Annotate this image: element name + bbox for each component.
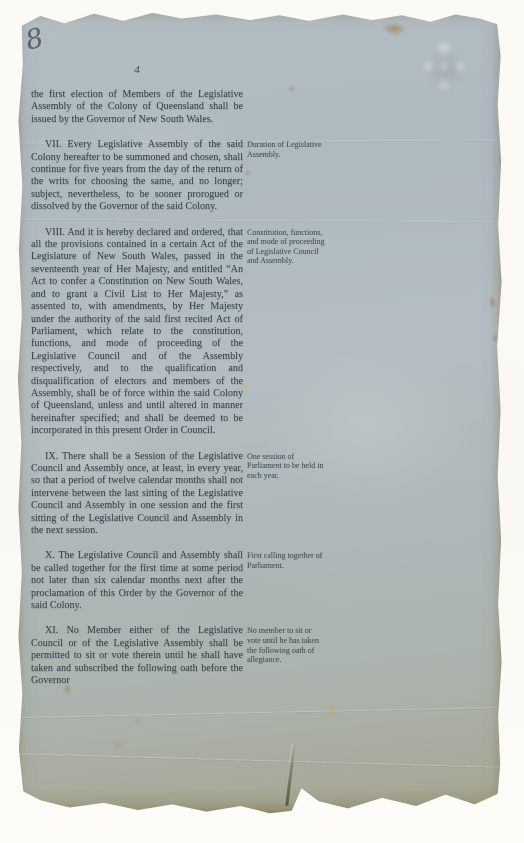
paragraph-row: IX. There shall be a Session of the Legi… [31,451,331,538]
scan-background: 8 4 the first election of Members of the… [0,0,524,843]
margin-note: First calling together of Parliament. [247,550,327,570]
body-paragraph-continuation: the first election of Members of the Leg… [31,89,243,126]
margin-note: One session of Parliament to be held in … [247,451,327,481]
margin-note: Constitution, functions, and mode of pro… [247,227,327,266]
paragraph-row: VIII. And it is hereby declared and orde… [31,227,331,438]
margin-note: No member to sit or vote until he has ta… [247,625,327,664]
paper-crease [16,753,504,771]
paragraph-row: X. The Legislative Council and Assembly … [31,550,331,612]
paragraph-row: XI. No Member either of the Legislative … [31,625,331,687]
body-paragraph-x: X. The Legislative Council and Assembly … [31,550,243,612]
body-paragraph-xi: XI. No Member either of the Legislative … [31,625,243,687]
body-paragraph-ix: IX. There shall be a Session of the Legi… [31,451,243,538]
bottom-tear [284,744,296,806]
paper-sheet: 8 4 the first election of Members of the… [16,8,504,814]
handwritten-folio-number: 8 [23,22,47,56]
paper-crease [16,707,504,720]
page-number: 4 [31,64,243,77]
margin-note [247,89,327,90]
paragraph-row: the first election of Members of the Leg… [31,89,331,126]
embossed-seal [400,26,488,110]
body-paragraph-vii: VII. Every Legislative Assembly of the s… [31,139,243,213]
paragraph-row: VII. Every Legislative Assembly of the s… [31,139,331,213]
margin-note: Duration of Legislative Assembly. [247,139,327,159]
page-content: 4 the first election of Members of the L… [31,64,331,700]
body-paragraph-viii: VIII. And it is hereby declared and orde… [31,227,243,438]
